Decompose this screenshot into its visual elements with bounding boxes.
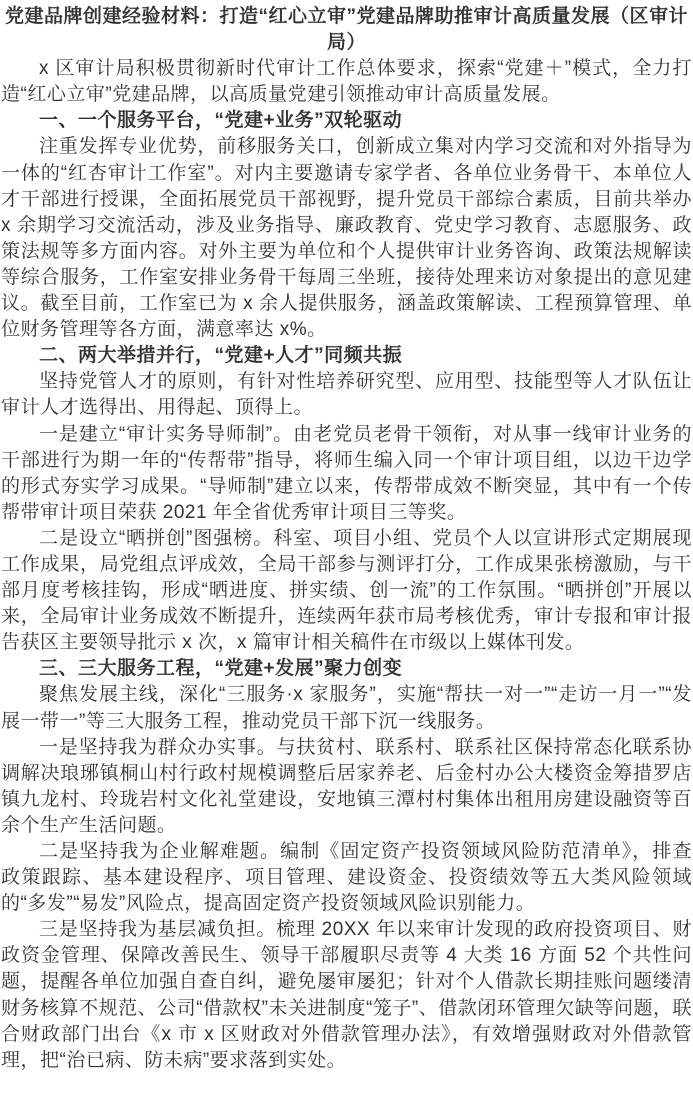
paragraph-section3-intro: 聚焦发展主线，深化“三服务·x 家服务”，实施“帮扶一对一”“走访一月一”“发展… [1,682,692,734]
paragraph-section3-item2: 二是坚持我为企业解难题。编制《固定资产投资领域风险防范清单》，排查政策跟踪、基本… [1,839,692,917]
paragraph-section3-item1: 一是坚持我为群众办实事。与扶贫村、联系村、联系社区保持常态化联系协调解决琅琊镇桐… [1,735,692,839]
paragraph-section1: 注重发挥专业优势，前移服务关口，创新成立集对内学习交流和对外指导为一体的“红杏审… [1,134,692,343]
paragraph-section2-item2: 二是设立“晒拼创”图强榜。科室、项目小组、党员个人以宣讲形式定期展现工作成果，局… [1,526,692,656]
section-heading-3: 三、三大服务工程，“党建+发展”聚力创变 [1,656,692,682]
paragraph-section2-item1: 一是建立“审计实务导师制”。由老党员老骨干领衔，对从事一线审计业务的干部进行为期… [1,422,692,526]
paragraph-section2-intro: 坚持党管人才的原则，有针对性培养研究型、应用型、技能型等人才队伍让审计人才选得出… [1,369,692,421]
paragraph-intro: x 区审计局积极贯彻新时代审计工作总体要求，探索“党建＋”模式，全力打造“红心立… [1,56,692,108]
section-heading-2: 二、两大举措并行，“党建+人才”同频共振 [1,343,692,369]
document-title: 党建品牌创建经验材料：打造“红心立审”党建品牌助推审计高质量发展（区审计局） [1,4,692,56]
section-heading-1: 一、一个服务平台，“党建+业务”双轮驱动 [1,108,692,134]
document-page: 党建品牌创建经验材料：打造“红心立审”党建品牌助推审计高质量发展（区审计局） x… [0,0,693,1097]
paragraph-section3-item3: 三是坚持我为基层减负担。梳理 20XX 年以来审计发现的政府投资项目、财政资金管… [1,917,692,1074]
